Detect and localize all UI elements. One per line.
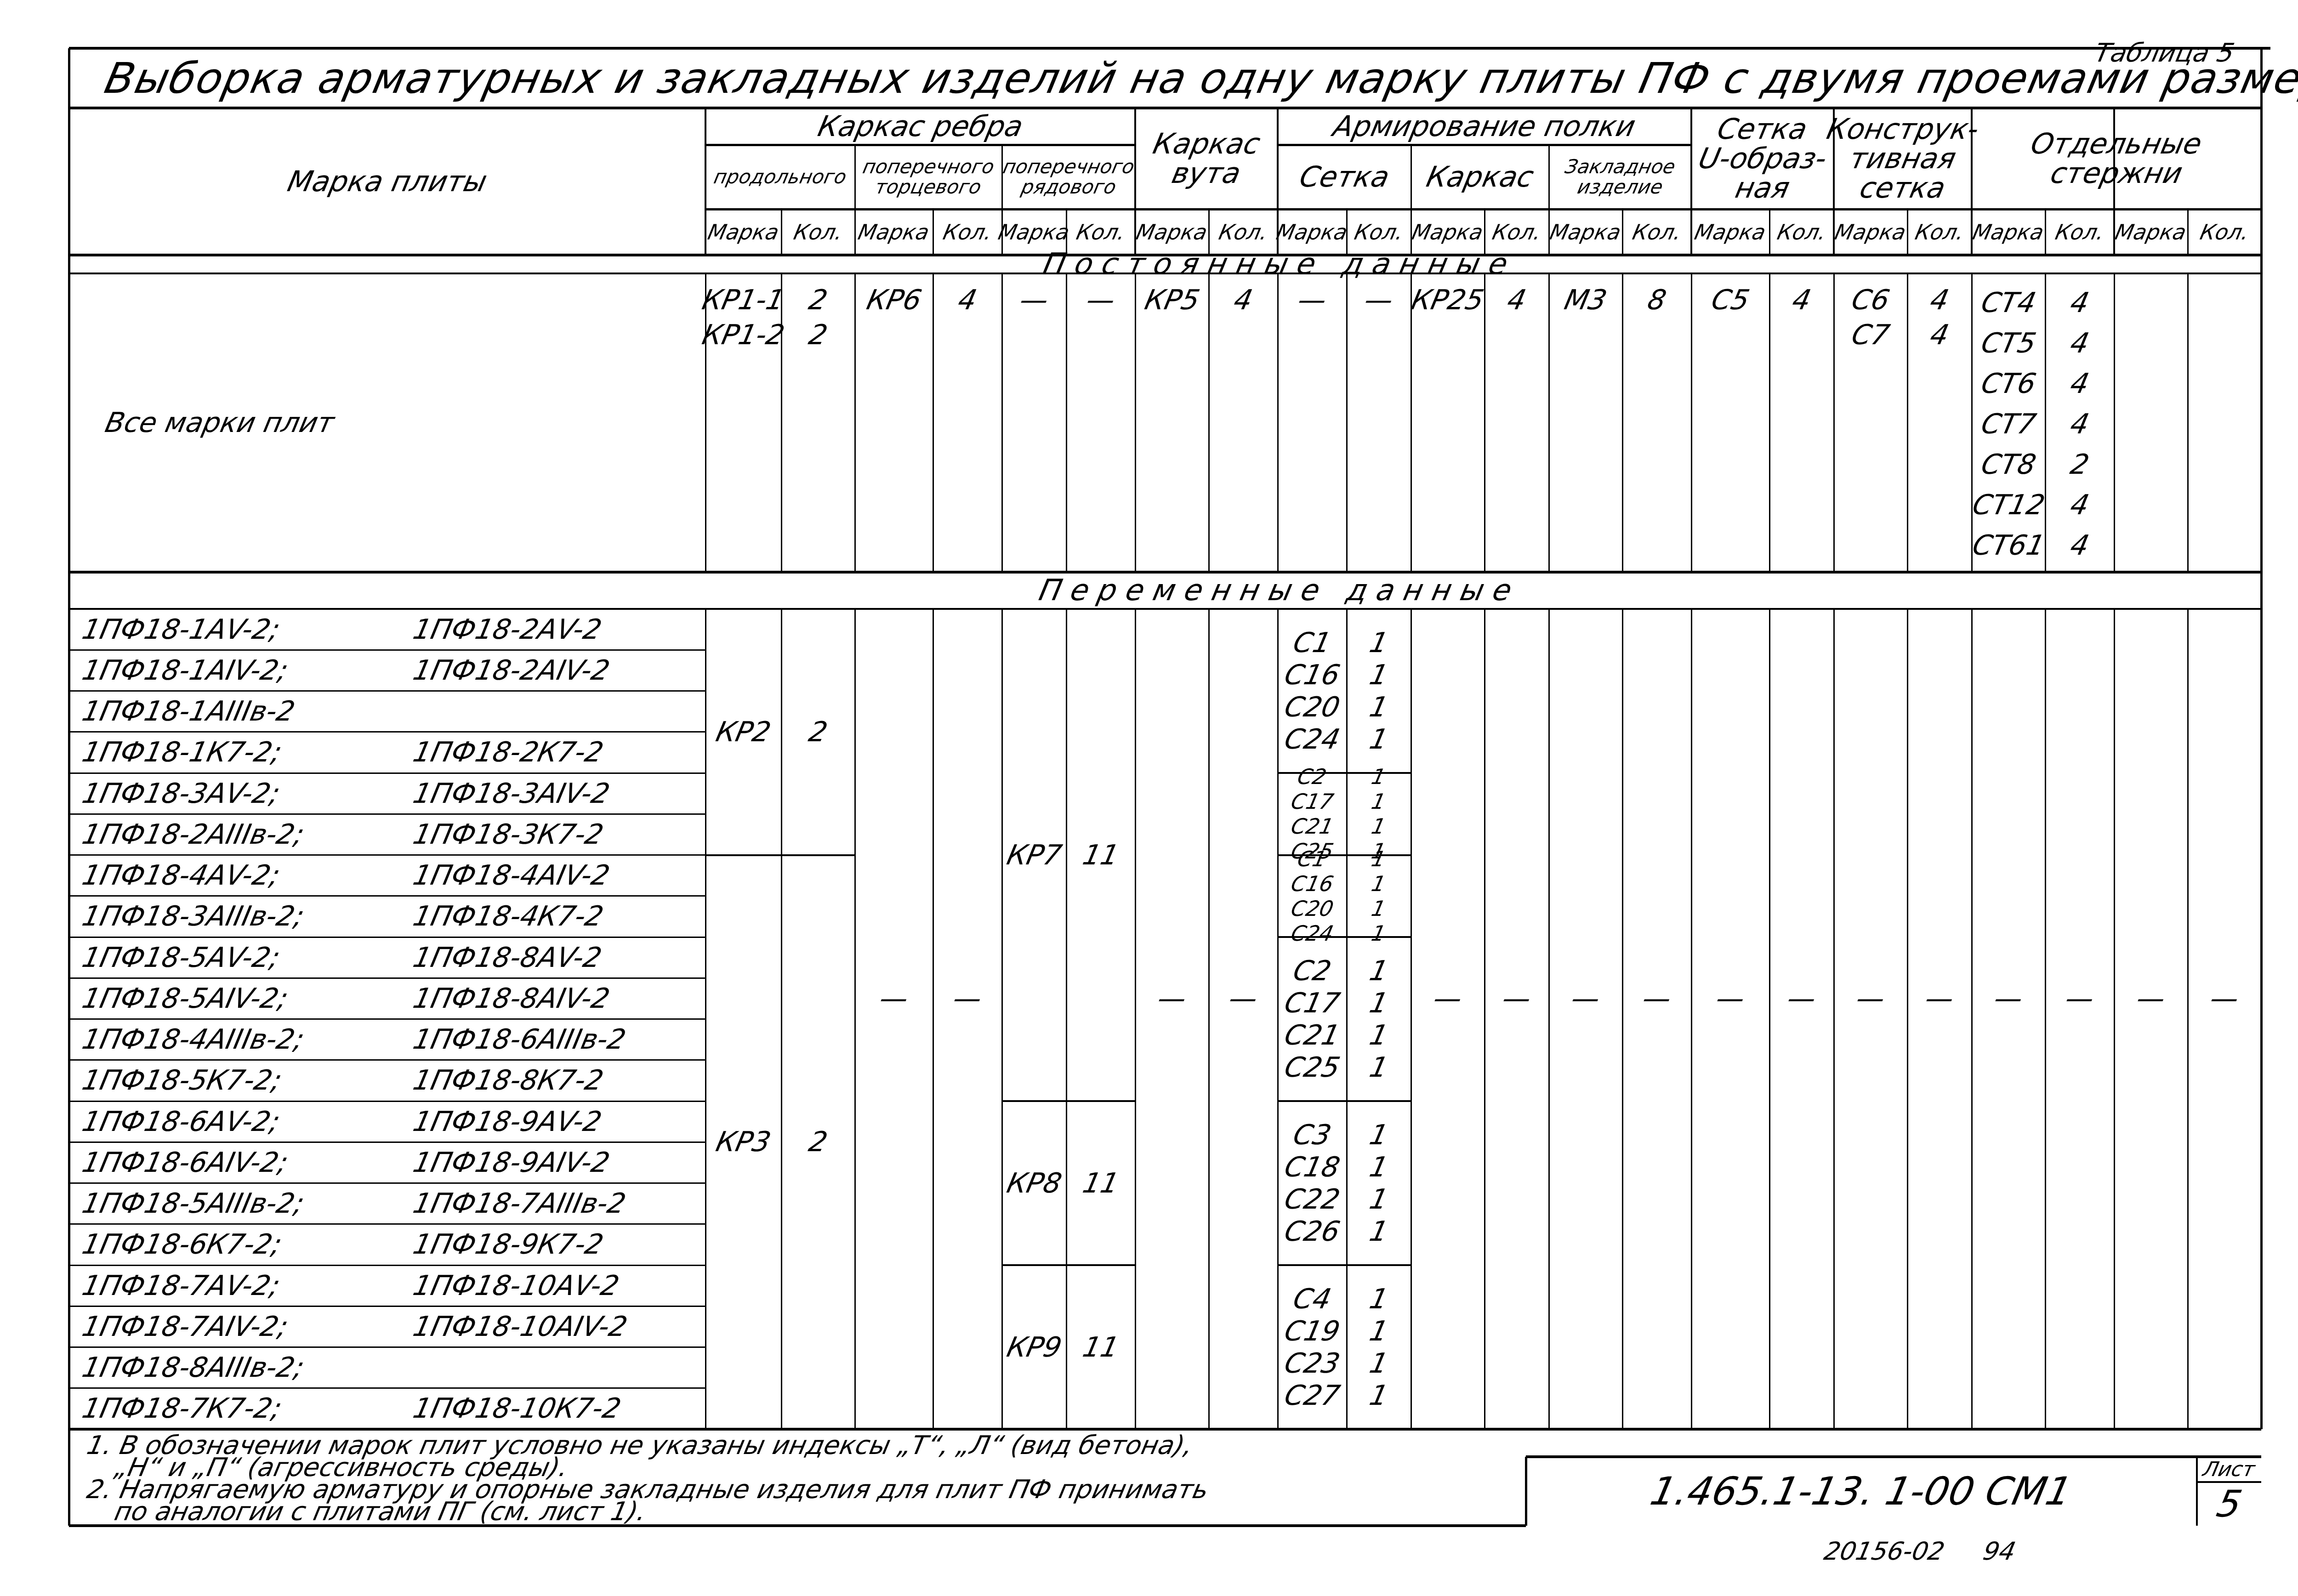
trans-row-mark: КР8: [1002, 1101, 1066, 1265]
cell-value: С16: [1281, 659, 1342, 691]
plate-mark-cell: 1ПФ18-5АIIIв-2;: [83, 1183, 414, 1224]
constant-bar-mark-text: СТ6: [1978, 368, 2039, 400]
constant-cell-text: —: [1017, 284, 1052, 316]
constant-cell-text: С6: [1849, 284, 1893, 316]
constant-cell: 4: [1907, 318, 1972, 352]
constant-cell-text: КР5: [1142, 284, 1202, 316]
grid-line-v: [933, 273, 934, 572]
cell-value: ная: [1733, 173, 1792, 203]
plate-mark-cell: 1ПФ18-8АV-2: [414, 937, 712, 978]
header-qty: Кол.: [2188, 209, 2261, 255]
plate-mark-cell: 1ПФ18-4АV-2;: [83, 855, 414, 896]
shelf-mesh-marks: С3С18С22С26: [1278, 1101, 1347, 1265]
empty-dash: —: [1769, 978, 1834, 1019]
constant-cell-text: —: [1084, 284, 1118, 316]
cell-value: С19: [1281, 1315, 1342, 1347]
plate-mark-cell-text: 1ПФ18-3АIIIв-2;: [80, 900, 307, 932]
cell-value: С23: [1281, 1347, 1342, 1380]
constant-cell: КР6: [855, 283, 933, 318]
plate-mark-cell-text: 1ПФ18-8АIV-2: [410, 983, 613, 1015]
empty-dash-text: —: [2207, 983, 2242, 1015]
header-mark: Марка: [2114, 209, 2188, 255]
trans-row-qty-text: 11: [1080, 839, 1121, 871]
cell-value: 1: [1366, 987, 1391, 1019]
shelf-mesh-marks-stack: С3С18С22С26: [1285, 1119, 1339, 1248]
constant-cell-text: 4: [955, 284, 979, 316]
grid-line-v: [2045, 609, 2046, 1429]
cell-value: 1: [1366, 1183, 1391, 1215]
page-number: 94: [1972, 1530, 2027, 1572]
cell-value: С17: [1289, 789, 1336, 814]
header-qty-text: Кол.: [1074, 220, 1127, 244]
cell-value: поперечного: [861, 157, 996, 177]
cell-value: 1: [1366, 1215, 1391, 1248]
header-shelf-reinforcement: Армирование полки: [1278, 108, 1691, 145]
plate-mark-cell: 1ПФ18-8АIV-2: [414, 978, 712, 1019]
header-qty-text: Кол.: [2053, 220, 2106, 244]
constant-cell-text: 4: [1927, 284, 1951, 316]
constant-cell: 2: [781, 283, 855, 318]
grid-line-v: [1691, 273, 1692, 572]
constant-bar-mark: СТ61: [1972, 525, 2045, 566]
constant-cell-text: М3: [1562, 284, 1610, 316]
cell-value: 1: [1366, 691, 1391, 723]
shelf-mesh-qtys-stack: 1111: [1370, 955, 1388, 1084]
plate-mark-cell-text: 1ПФ18-4К7-2: [410, 900, 607, 932]
cell-value: 1: [1366, 659, 1391, 691]
long-rib-mark-text: КР3: [713, 1126, 774, 1158]
long-rib-qty-text: 2: [806, 716, 830, 748]
plate-mark-cell-text: 1ПФ18-2АIV-2: [410, 654, 613, 687]
constant-cell: С7: [1834, 318, 1907, 352]
cell-value: вута: [1170, 159, 1244, 188]
header-qty: Кол.: [2045, 209, 2114, 255]
grid-line-v: [2261, 273, 2262, 572]
cell-value: U-образ-: [1696, 144, 1829, 173]
header-separate-bars: Отдельныестержни: [1972, 108, 2261, 209]
header-transverse-end: поперечноготорцевого: [855, 145, 1002, 209]
header-qty-text: Кол.: [791, 220, 845, 244]
cell-value: С1: [1296, 846, 1329, 871]
plate-mark-cell-text: 1ПФ18-5АV-2;: [80, 942, 283, 974]
header-mesh: Сетка: [1278, 145, 1411, 209]
cell-value: 1: [1366, 955, 1391, 987]
header-transverse-end-stack: поперечноготорцевого: [863, 157, 994, 197]
grid-line-v: [1548, 273, 1550, 572]
constant-cell: С5: [1691, 283, 1769, 318]
empty-dash: —: [2114, 978, 2188, 1019]
plate-mark-cell: 1ПФ18-1К7-2;: [83, 732, 414, 773]
note-line: по аналогии с плитами ПГ (см. лист 1).: [115, 1499, 1540, 1525]
doc-code: 1.465.1-13. 1-00 СМ1: [1526, 1457, 2197, 1526]
constant-plate-label: Все марки плит: [106, 273, 657, 572]
band-constant: Постоянные данные: [705, 255, 1854, 273]
empty-dash-text: —: [1431, 983, 1465, 1015]
grid-line-v: [2114, 609, 2115, 1429]
constant-cell: КР1-2: [705, 318, 781, 352]
grid-line-v: [2187, 273, 2189, 572]
empty-dash-text: —: [2063, 983, 2097, 1015]
sheet-number: 5: [2197, 1482, 2261, 1526]
plate-mark-cell: [414, 691, 712, 732]
plate-mark-cell: 1ПФ18-3АIIIв-2;: [83, 896, 414, 937]
empty-dash: —: [1209, 978, 1278, 1019]
cell-value: 1: [1370, 764, 1388, 789]
trans-row-mark-text: КР8: [1004, 1167, 1064, 1199]
plate-mark-cell-text: 1ПФ18-7АIV-2;: [80, 1311, 291, 1343]
empty-dash: —: [1135, 978, 1209, 1019]
cell-value: тивная: [1847, 144, 1958, 173]
constant-cell-text: —: [1362, 284, 1396, 316]
constant-bar-qty: 2: [2045, 444, 2114, 485]
constant-bar-mark: СТ7: [1972, 404, 2045, 444]
plate-mark-cell-text: 1ПФ18-5АIV-2;: [80, 983, 291, 1015]
constant-bar-qty: 4: [2045, 283, 2114, 323]
plate-mark-cell-text: 1ПФ18-2АV-2: [410, 613, 605, 646]
cell-value: Конструк-: [1824, 114, 1981, 144]
constant-cell: 4: [1485, 283, 1549, 318]
grid-line-v: [1346, 273, 1348, 572]
table-label-text: Таблица 5: [2093, 38, 2237, 68]
doc-code-text: 1.465.1-13. 1-00 СМ1: [1647, 1469, 2076, 1514]
trans-row-mark-text: КР7: [1004, 839, 1064, 871]
plate-mark-cell-text: 1ПФ18-1АIV-2;: [80, 654, 291, 687]
empty-dash-text: —: [950, 983, 985, 1015]
cell-value: 1: [1366, 1347, 1391, 1380]
constant-cell-text: КР1-2: [700, 319, 788, 351]
cell-value: С22: [1281, 1183, 1342, 1215]
plate-mark-cell: 1ПФ18-3АIV-2: [414, 773, 712, 814]
grid-line-v: [1135, 273, 1136, 572]
cell-value: С20: [1281, 691, 1342, 723]
plate-mark-cell: 1ПФ18-6АIV-2;: [83, 1142, 414, 1183]
constant-cell: 4: [1209, 283, 1278, 318]
constant-bar-mark-text: СТ4: [1978, 287, 2039, 319]
plate-mark-cell-text: 1ПФ18-1АV-2;: [80, 613, 283, 646]
header-u-mesh-stack: СеткаU-образ-ная: [1699, 114, 1826, 203]
plate-mark-cell: 1ПФ18-2АV-2: [414, 609, 712, 650]
header-longitudinal: продольного: [705, 145, 855, 209]
archive-stamp-text: 20156-02: [1821, 1537, 1947, 1566]
constant-cell: КР25: [1411, 283, 1485, 318]
constant-bar-qty-text: 4: [2067, 489, 2092, 521]
sheet-label-text: Лист: [2201, 1458, 2257, 1481]
shelf-mesh-marks: С2С17С21С25: [1278, 773, 1347, 855]
grid-line-v: [1208, 273, 1210, 572]
plate-mark-cell: 1ПФ18-3АV-2;: [83, 773, 414, 814]
constant-bar-mark: СТ8: [1972, 444, 2045, 485]
constant-bar-qty-text: 4: [2067, 368, 2092, 400]
note-line-text: по аналогии с плитами ПГ (см. лист 1).: [112, 1497, 649, 1527]
constant-cell-text: КР6: [864, 284, 924, 316]
plate-mark-cell: 1ПФ18-9К7-2: [414, 1224, 712, 1265]
header-qty-text: Кол.: [1913, 220, 1966, 244]
constant-bar-qty-text: 4: [2067, 327, 2092, 359]
plate-mark-cell-text: 1ПФ18-10АV-2: [410, 1270, 622, 1302]
plate-mark-cell-text: 1ПФ18-8К7-2: [410, 1064, 607, 1096]
constant-bar-qty: 4: [2045, 364, 2114, 404]
header-qty: Кол.: [781, 209, 855, 255]
header-embedded-stack: Закладноеизделие: [1565, 157, 1675, 197]
shelf-mesh-qtys: 1111: [1347, 937, 1411, 1101]
plate-mark-cell: 1ПФ18-6К7-2;: [83, 1224, 414, 1265]
constant-cell-text: 2: [806, 284, 830, 316]
grid-line-v: [1484, 609, 1485, 1429]
trans-row-mark: КР9: [1002, 1265, 1066, 1429]
empty-dash: —: [855, 978, 933, 1019]
empty-dash-text: —: [1640, 983, 1674, 1015]
plate-mark-cell: 1ПФ18-2АIIIв-2;: [83, 814, 414, 855]
plate-mark-cell: 1ПФ18-7АV-2;: [83, 1265, 414, 1306]
constant-bar-mark-text: СТ12: [1969, 489, 2048, 521]
constant-bar-qty-text: 2: [2067, 449, 2092, 481]
empty-dash: —: [1834, 978, 1907, 1019]
trans-row-qty-text: 11: [1080, 1167, 1121, 1199]
grid-line-v: [1769, 609, 1770, 1429]
cell-value: рядового: [1019, 177, 1118, 197]
empty-dash: —: [1411, 978, 1485, 1019]
header-plate-mark: Марка плиты: [69, 108, 705, 255]
shelf-mesh-marks: С2С17С21С25: [1278, 937, 1347, 1101]
shelf-mesh-qtys: 1111: [1347, 1101, 1411, 1265]
constant-bar-mark: СТ6: [1972, 364, 2045, 404]
header-mark-text: Марка: [1274, 220, 1350, 244]
shelf-mesh-qtys: 1111: [1347, 855, 1411, 937]
empty-dash: —: [2045, 978, 2114, 1019]
plate-mark-cell-text: 1ПФ18-8АIIIв-2;: [80, 1352, 307, 1384]
header-transverse-row: поперечногорядового: [1002, 145, 1135, 209]
empty-dash-text: —: [1155, 983, 1189, 1015]
header-longitudinal-text: продольного: [712, 167, 848, 187]
header-qty-text: Кол.: [1775, 220, 1828, 244]
constant-bar-mark: СТ5: [1972, 323, 2045, 364]
header-qty-text: Кол.: [1217, 220, 1270, 244]
header-mark: Марка: [1549, 209, 1622, 255]
long-rib-qty: 2: [781, 855, 855, 1430]
plate-mark-cell: 1ПФ18-1АV-2;: [83, 609, 414, 650]
constant-cell: 2: [781, 318, 855, 352]
cell-value: С17: [1281, 987, 1342, 1019]
plate-mark-cell: 1ПФ18-9АIV-2: [414, 1142, 712, 1183]
empty-dash-text: —: [1569, 983, 1603, 1015]
header-mark-text: Марка: [1548, 220, 1624, 244]
plate-mark-cell-text: 1ПФ18-9АV-2: [410, 1106, 605, 1138]
plate-mark-cell: 1ПФ18-10К7-2: [414, 1388, 712, 1429]
plate-mark-cell: [414, 1347, 712, 1388]
header-mark-text: Марка: [1971, 220, 2047, 244]
long-rib-mark: КР2: [705, 609, 781, 855]
header-qty-text: Кол.: [1352, 220, 1405, 244]
header-qty-text: Кол.: [1490, 220, 1543, 244]
band-constant-text: Постоянные данные: [1040, 247, 1520, 281]
plate-mark-cell-text: 1ПФ18-3АV-2;: [80, 778, 283, 810]
plate-mark-cell-text: 1ПФ18-2АIIIв-2;: [80, 818, 307, 851]
grid-line-v: [1066, 273, 1067, 572]
constant-bar-qty-text: 4: [2067, 287, 2092, 319]
header-separate-bars-stack: Отдельныестержни: [2031, 129, 2201, 188]
sheet-title-text: Выборка арматурных и закладных изделий н…: [101, 54, 2298, 103]
cell-value: 1: [1366, 1151, 1391, 1183]
plate-mark-cell-text: 1ПФ18-2К7-2: [410, 736, 607, 768]
plate-mark-cell-text: 1ПФ18-3К7-2: [410, 818, 607, 851]
plate-mark-cell: 1ПФ18-6АIIIв-2: [414, 1019, 712, 1060]
sheet-title: Выборка арматурных и закладных изделий н…: [106, 48, 2174, 108]
grid-line-v: [1769, 273, 1770, 572]
constant-cell: М3: [1549, 283, 1622, 318]
plate-mark-cell-text: 1ПФ18-6АIV-2;: [80, 1147, 291, 1179]
grid-line-v: [68, 48, 70, 1526]
header-qty-text: Кол.: [941, 220, 994, 244]
plate-mark-cell: 1ПФ18-4АIV-2: [414, 855, 712, 896]
constant-bar-mark: СТ12: [1972, 485, 2045, 525]
constant-cell-text: 8: [1644, 284, 1669, 316]
grid-line-v: [2187, 609, 2189, 1429]
shelf-mesh-marks-stack: С2С17С21С25: [1285, 955, 1339, 1084]
band-variable-text: Переменные данные: [1036, 574, 1524, 608]
grid-line-v: [1001, 273, 1003, 572]
grid-line-v: [1833, 609, 1835, 1429]
constant-cell: —: [1347, 283, 1411, 318]
constant-cell-text: 4: [1231, 284, 1255, 316]
plate-mark-cell: 1ПФ18-5АV-2;: [83, 937, 414, 978]
plate-mark-cell: 1ПФ18-7АIIIв-2: [414, 1183, 712, 1224]
header-plate-mark-text: Марка плиты: [285, 167, 489, 196]
grid-line-v: [1484, 273, 1485, 572]
plate-mark-cell: 1ПФ18-8АIIIв-2;: [83, 1347, 414, 1388]
constant-cell-text: 4: [1927, 319, 1951, 351]
cell-value: С4: [1291, 1283, 1334, 1315]
empty-dash-text: —: [1226, 983, 1261, 1015]
shelf-mesh-qtys-stack: 1111: [1370, 627, 1388, 755]
plate-mark-cell-text: 1ПФ18-4АIIIв-2;: [80, 1023, 307, 1056]
plate-mark-cell: 1ПФ18-5АIV-2;: [83, 978, 414, 1019]
constant-bar-mark: СТ4: [1972, 283, 2045, 323]
header-rib-frame-text: Каркас ребра: [815, 112, 1025, 141]
plate-mark-cell: 1ПФ18-5К7-2;: [83, 1060, 414, 1101]
shelf-mesh-marks: С4С19С23С27: [1278, 1265, 1347, 1429]
sheet-number-text: 5: [2213, 1482, 2246, 1525]
cell-value: С2: [1296, 764, 1329, 789]
grid-line-v: [1622, 273, 1623, 572]
trans-row-qty: 11: [1066, 609, 1135, 1101]
cell-value: Сетка: [1715, 114, 1810, 144]
plate-mark-cell-text: 1ПФ18-6К7-2;: [80, 1228, 285, 1261]
plate-mark-cell-text: 1ПФ18-5АIIIв-2;: [80, 1187, 307, 1220]
plate-mark-cell: 1ПФ18-10АIV-2: [414, 1306, 712, 1347]
shelf-mesh-marks-stack: С1С16С20С24: [1291, 846, 1333, 946]
grid-line-v: [1907, 609, 1908, 1429]
constant-cell: С6: [1834, 283, 1907, 318]
plate-mark-cell-text: 1ПФ18-4АV-2;: [80, 859, 283, 892]
plate-mark-cell-text: 1ПФ18-1К7-2;: [80, 736, 285, 768]
constant-bar-mark-text: СТ8: [1978, 449, 2039, 481]
header-qty-text: Кол.: [2198, 220, 2251, 244]
cell-value: С24: [1281, 723, 1342, 755]
cell-value: 1: [1366, 1051, 1391, 1084]
cell-value: изделие: [1576, 177, 1665, 197]
grid-line-v: [1277, 273, 1279, 572]
header-frame-text: Каркас: [1424, 162, 1536, 192]
cell-value: С26: [1281, 1215, 1342, 1248]
header-qty: Кол.: [1769, 209, 1834, 255]
empty-dash: —: [1622, 978, 1691, 1019]
grid-line-v: [1622, 609, 1623, 1429]
cell-value: Закладное: [1563, 157, 1677, 177]
sheet-label: Лист: [2197, 1457, 2261, 1482]
constant-bar-qty: 4: [2045, 323, 2114, 364]
empty-dash: —: [1549, 978, 1622, 1019]
plate-mark-cell: 1ПФ18-4АIIIв-2;: [83, 1019, 414, 1060]
header-mark: Марка: [705, 209, 781, 255]
constant-bar-qty: 4: [2045, 404, 2114, 444]
constant-cell: 4: [1769, 283, 1834, 318]
constant-cell-text: КР25: [1409, 284, 1487, 316]
empty-dash: —: [933, 978, 1002, 1019]
plate-mark-cell: 1ПФ18-8К7-2: [414, 1060, 712, 1101]
plate-mark-cell: 1ПФ18-4К7-2: [414, 896, 712, 937]
cell-value: Отдельные: [2028, 129, 2204, 159]
trans-row-mark-text: КР9: [1004, 1331, 1064, 1363]
empty-dash-text: —: [1713, 983, 1748, 1015]
shelf-mesh-qtys: 1111: [1347, 773, 1411, 855]
header-mark: Марка: [855, 209, 933, 255]
cell-value: 1: [1370, 871, 1388, 896]
band-variable: Переменные данные: [705, 572, 1854, 609]
trans-row-qty: 11: [1066, 1101, 1135, 1265]
plate-mark-cell-text: 1ПФ18-4АIV-2: [410, 859, 613, 892]
cell-value: С20: [1289, 896, 1336, 921]
shelf-mesh-qtys-stack: 1111: [1370, 1119, 1388, 1248]
empty-dash-text: —: [1923, 983, 1957, 1015]
plate-mark-cell-text: 1ПФ18-3АIV-2: [410, 778, 613, 810]
header-mesh-text: Сетка: [1297, 162, 1392, 192]
trans-row-qty-text: 11: [1080, 1331, 1121, 1363]
page-number-text: 94: [1980, 1537, 2018, 1566]
plate-mark-cell: 1ПФ18-7АIV-2;: [83, 1306, 414, 1347]
empty-dash-text: —: [1500, 983, 1534, 1015]
plate-mark-cell: 1ПФ18-9АV-2: [414, 1101, 712, 1142]
plate-mark-cell: 1ПФ18-10АV-2: [414, 1265, 712, 1306]
long-rib-mark-text: КР2: [713, 716, 774, 748]
empty-dash-text: —: [877, 983, 911, 1015]
header-structural-mesh: Конструк-тивнаясетка: [1834, 108, 1972, 209]
plate-mark-cell-text: 1ПФ18-9АIV-2: [410, 1147, 613, 1179]
constant-bar-qty-text: 4: [2067, 529, 2092, 562]
constant-cell: 8: [1622, 283, 1691, 318]
constant-cell: 4: [933, 283, 1002, 318]
plate-mark-cell: 1ПФ18-6АV-2;: [83, 1101, 414, 1142]
header-qty: Кол.: [933, 209, 1002, 255]
long-rib-qty-text: 2: [806, 1126, 830, 1158]
constant-cell-text: 2: [806, 319, 830, 351]
plate-mark-cell-text: 1ПФ18-10АIV-2: [410, 1311, 631, 1343]
constant-cell: 4: [1907, 283, 1972, 318]
trans-row-mark: КР7: [1002, 609, 1066, 1101]
plate-mark-cell-text: 1ПФ18-7АV-2;: [80, 1270, 283, 1302]
empty-dash: —: [1485, 978, 1549, 1019]
cell-value: 1: [1370, 846, 1388, 871]
shelf-mesh-qtys-stack: 1111: [1370, 1283, 1388, 1412]
cell-value: С16: [1289, 871, 1336, 896]
cell-value: С25: [1281, 1051, 1342, 1084]
plate-mark-cell: 1ПФ18-7К7-2;: [83, 1388, 414, 1429]
header-mark-text: Марка: [705, 220, 781, 244]
cell-value: С18: [1281, 1151, 1342, 1183]
cell-value: С21: [1289, 814, 1336, 839]
constant-cell-text: 4: [1789, 284, 1814, 316]
cell-value: 1: [1366, 627, 1391, 659]
header-mark-text: Марка: [996, 220, 1072, 244]
